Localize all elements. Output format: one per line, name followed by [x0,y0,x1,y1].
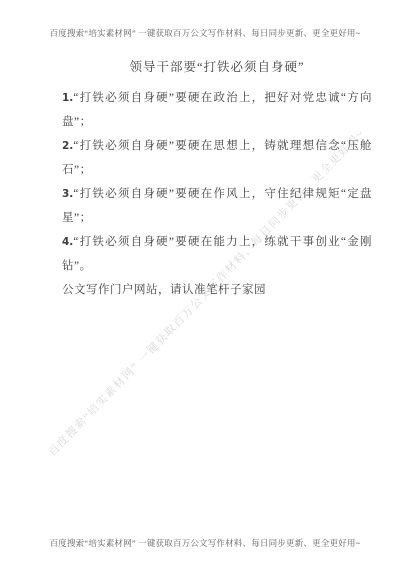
paragraph-number: 4. [62,236,73,248]
paragraph-number: 1. [62,92,73,104]
body-paragraph: 1.“打铁必须自身硬”要硬在政治上，把好对党忠诚“方向盘”； [62,86,372,134]
paragraph-number: 3. [62,188,73,200]
document-page: 百度搜索“培实素材网” 一键获取百万公文写作材料、每日同步更新、更全更好用~ 百… [0,0,410,580]
paragraph-text: “打铁必须自身硬”要硬在能力上，练就干事创业“金刚钻”。 [62,236,372,272]
body-paragraph: 2.“打铁必须自身硬”要硬在思想上，铸就理想信念“压舱石”； [62,134,372,182]
footer-promo-note: 百度搜索“培实素材网” 一键获取百万公文写作材料、每日同步更新、更全更好用~ [0,537,410,549]
body-paragraph: 4.“打铁必须自身硬”要硬在能力上，练就干事创业“金刚钻”。 [62,230,372,278]
body-paragraph: 3.“打铁必须自身硬”要硬在作风上，守住纪律规矩“定盘星”； [62,182,372,230]
paragraph-text: “打铁必须自身硬”要硬在思想上，铸就理想信念“压舱石”； [62,140,372,176]
paragraph-text: “打铁必须自身硬”要硬在作风上，守住纪律规矩“定盘星”； [62,188,372,224]
paragraph-text: “打铁必须自身硬”要硬在政治上，把好对党忠诚“方向盘”； [62,92,372,128]
header-promo-note: 百度搜索“培实素材网” 一键获取百万公文写作材料、每日同步更新、更全更好用~ [0,27,410,39]
paragraph-number: 2. [62,140,73,152]
closing-line: 公文写作门户网站，请认准笔杆子家园 [62,278,372,302]
document-title: 领导干部要“打铁必须自身硬” [62,57,372,75]
document-body: 1.“打铁必须自身硬”要硬在政治上，把好对党忠诚“方向盘”； 2.“打铁必须自身… [62,86,372,302]
